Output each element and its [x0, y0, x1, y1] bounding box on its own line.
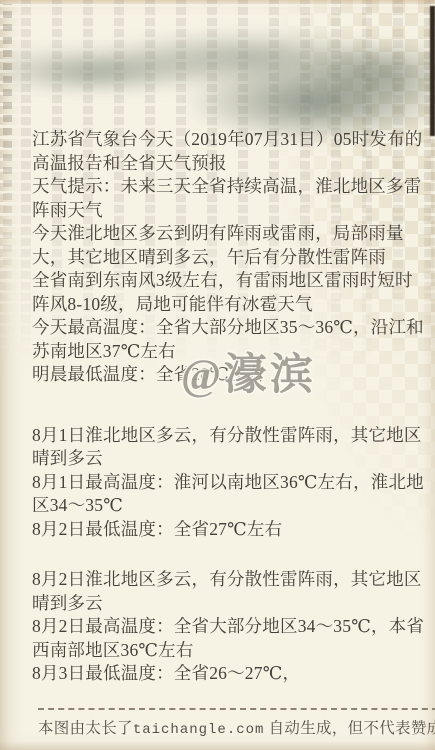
scan-edge-strip: [430, 6, 435, 136]
weather-report-image: 江苏省气象台今天（2019年07月31日）05时发布的高温报告和全省天气预报 天…: [0, 0, 435, 750]
ink-wash-mountain: [15, 58, 175, 90]
report-header-line: 江苏省气象台今天（2019年07月31日）05时发布的高温报告和全省天气预报: [32, 128, 426, 175]
aug2-forecast-line: 8月2日淮北地区多云，有分散性雷阵雨，其它地区晴到多云: [32, 568, 426, 615]
aug2-high-temp-line: 8月2日最高温度：全省大部分地区34～35℃，本省西南部地区36℃左右: [32, 615, 426, 662]
aug1-forecast-line: 8月1日淮北地区多云，有分散性雷阵雨，其它地区晴到多云: [32, 424, 426, 471]
attribution-prefix: 本图由太长了: [38, 720, 133, 737]
aug1-high-temp-line: 8月1日最高温度：淮河以南地区36℃左右，淮北地区34～35℃: [32, 471, 426, 518]
wind-warning-line: 全省南到东南风3级左右，有雷雨地区雷雨时短时阵风8-10级，局地可能伴有冰雹天气: [32, 269, 426, 316]
haobin-watermark: @濠滨: [181, 341, 316, 402]
dashed-divider: [38, 708, 435, 710]
aug2-low-temp-line: 8月2日最低温度：全省27℃左右: [32, 518, 426, 542]
attribution-suffix: 自动生成，但不代表赞成其内容或立场: [264, 720, 435, 737]
scan-spine-marks: [3, 4, 12, 304]
forecast-body: 江苏省气象台今天（2019年07月31日）05时发布的高温报告和全省天气预报 天…: [32, 128, 426, 686]
weather-tip-line: 天气提示：未来三天全省持续高温，淮北地区多雷阵雨天气: [32, 175, 426, 222]
forecast-section-aug2: 8月2日淮北地区多云，有分散性雷阵雨，其它地区晴到多云 8月2日最高温度：全省大…: [32, 568, 426, 686]
aug3-low-temp-line: 8月3日最低温度：全省26～27℃，: [32, 662, 426, 686]
generator-attribution: 本图由太长了taichangle.com 自动生成，但不代表赞成其内容或立场: [38, 716, 435, 738]
forecast-section-aug1: 8月1日淮北地区多云，有分散性雷阵雨，其它地区晴到多云 8月1日最高温度：淮河以…: [32, 424, 426, 542]
today-forecast-line: 今天淮北地区多云到阴有阵雨或雷雨，局部雨量大，其它地区晴到多云，午后有分散性雷阵…: [32, 222, 426, 269]
generator-site-text: taichangle.com: [133, 722, 265, 738]
